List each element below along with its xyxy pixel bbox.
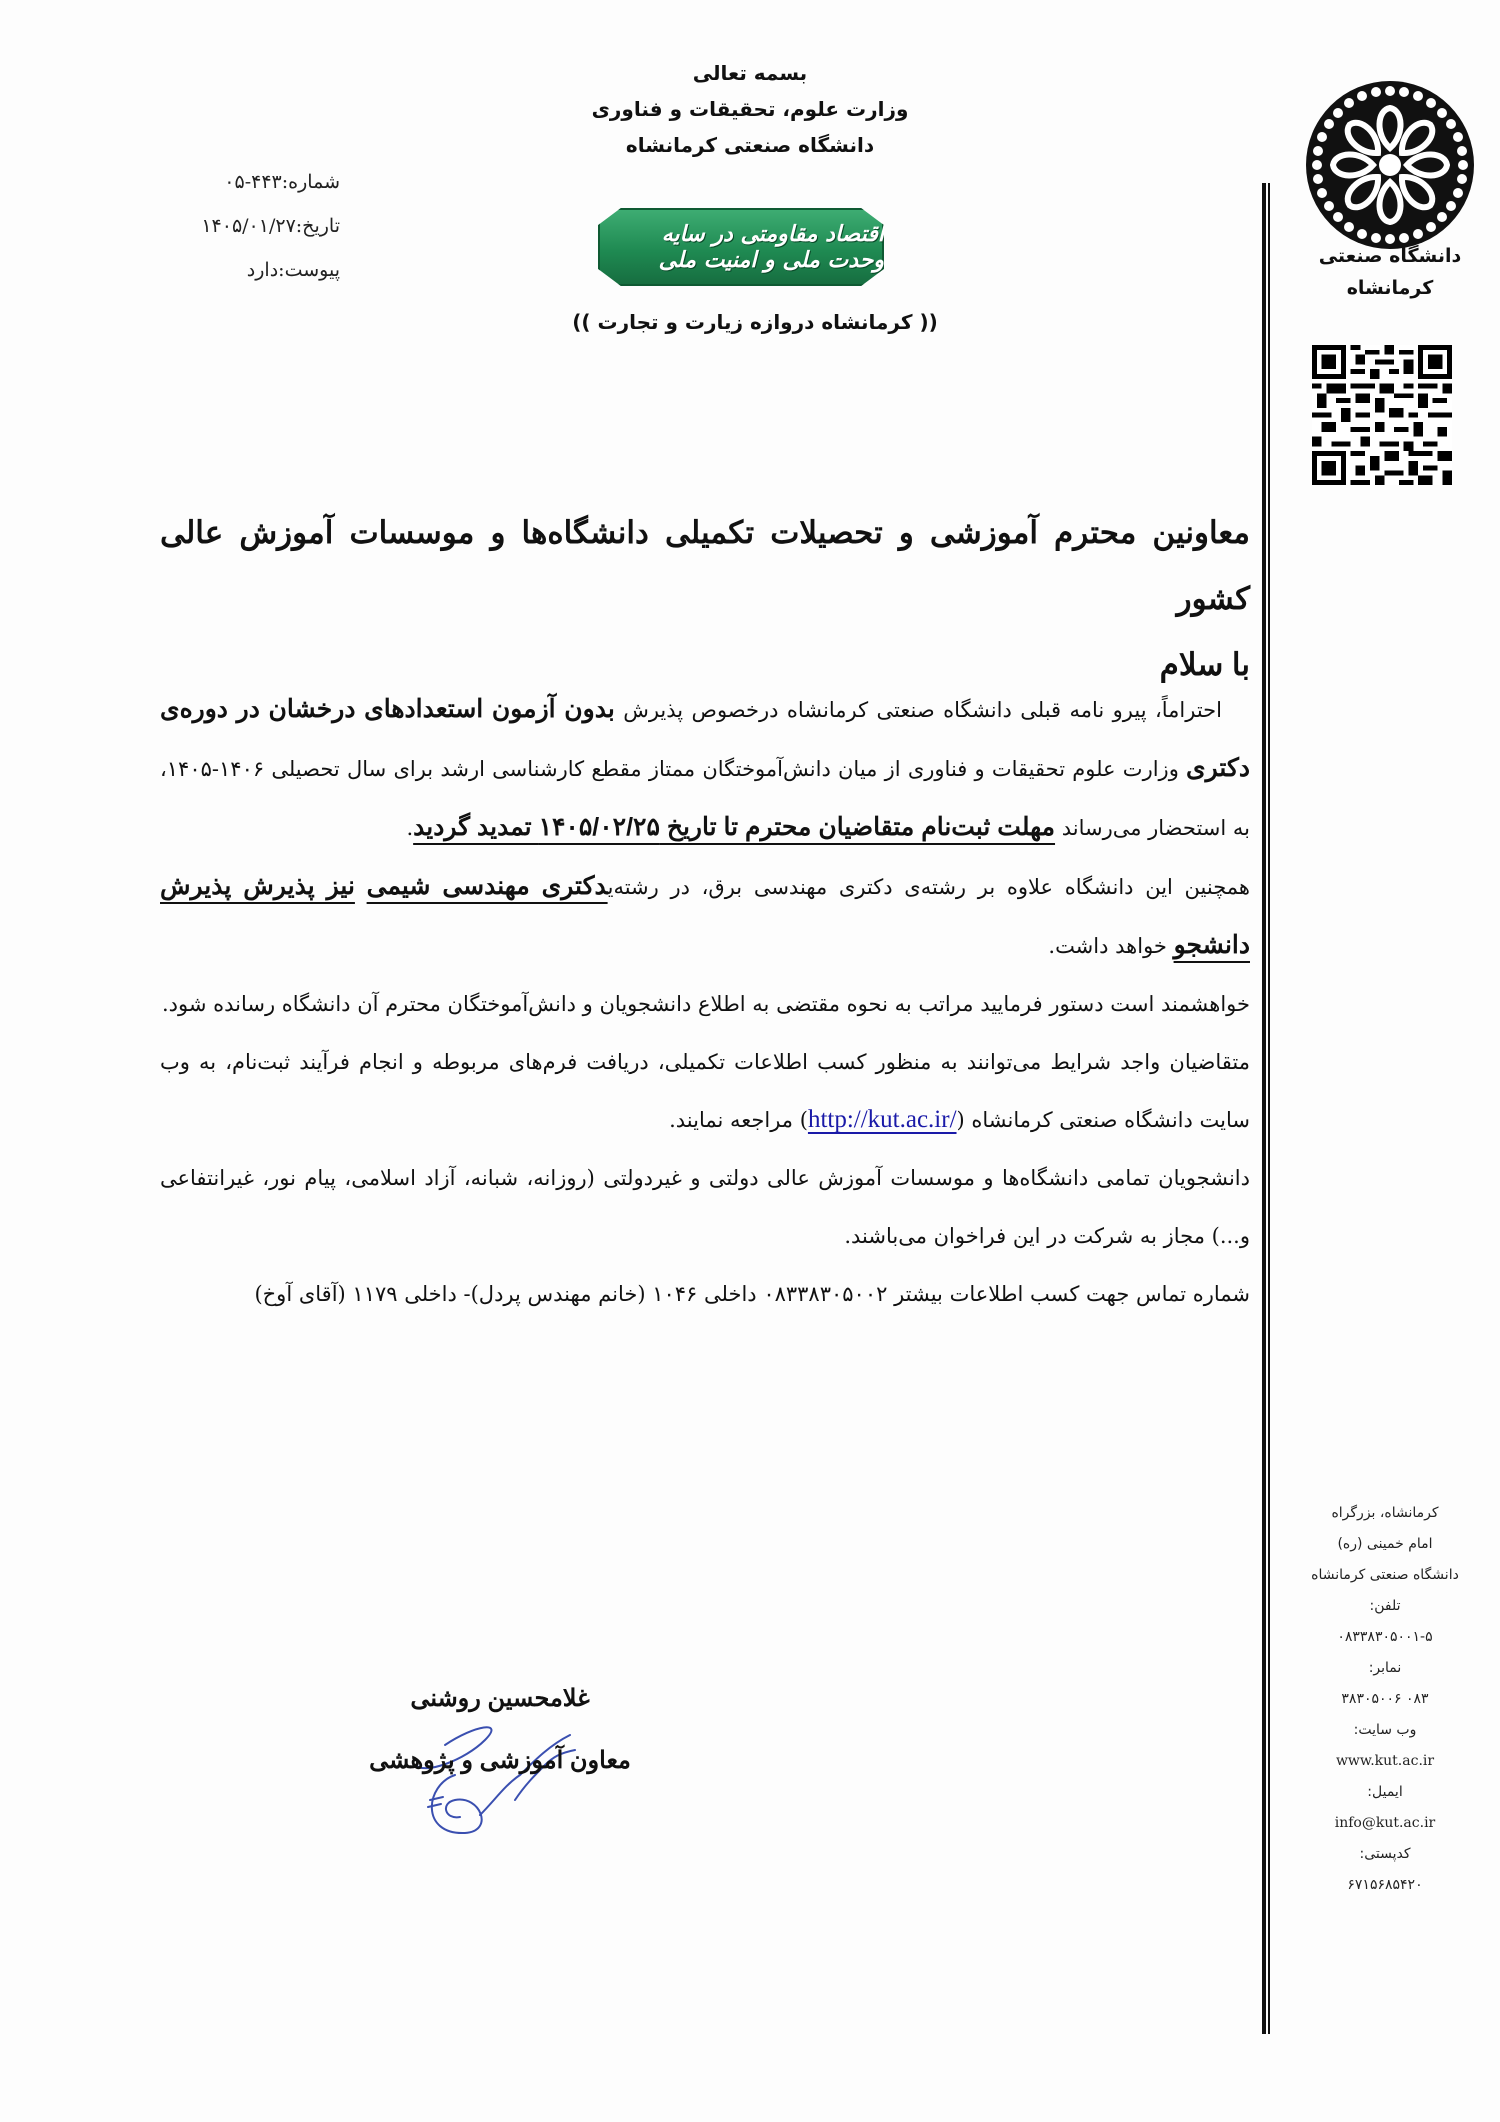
- letter-number: شماره:۴۴۳-۰۵: [140, 160, 340, 204]
- paragraph-6: شماره تماس جهت کسب اطلاعات بیشتر ۰۸۳۳۸۳۰…: [160, 1265, 1250, 1323]
- phone-value: ۰۸۳۳۸۳۰۵۰۰۱-۵: [1285, 1622, 1485, 1653]
- signatory-title: معاون آموزشی و پژوهشی: [330, 1730, 670, 1792]
- slogan-text: اقتصاد مقاومتی در سایه وحدت ملی و امنیت …: [598, 221, 884, 273]
- addressee-block: معاونین محترم آموزشی و تحصیلات تکمیلی دا…: [160, 500, 1250, 698]
- fax-value: ۰۸۳ ۳۸۳۰۵۰۰۶: [1285, 1684, 1485, 1715]
- ministry-name: وزارت علوم، تحقیقات و فناوری: [540, 91, 960, 127]
- p2-text: همچنین این دانشگاه علاوه بر رشته‌ی دکتری…: [608, 875, 1250, 899]
- signatory-name: غلامحسین روشنی: [330, 1668, 670, 1730]
- city-motto: (( کرمانشاه دروازه زیارت و تجارت )): [555, 310, 955, 334]
- address-line1: کرمانشاه، بزرگراه: [1285, 1498, 1485, 1529]
- address-line2: امام خمینی (ره): [1285, 1529, 1485, 1560]
- page-divider: [1262, 183, 1270, 2034]
- postal-code: ۶۷۱۵۶۸۵۴۲۰: [1285, 1870, 1485, 1901]
- paragraph-3: خواهشمند است دستور فرمایید مراتب به نحوه…: [160, 975, 1250, 1033]
- phone-label: تلفن:: [1285, 1591, 1485, 1622]
- letter-date: تاریخ:۱۴۰۵/۰۱/۲۷: [140, 204, 340, 248]
- logo-caption: دانشگاه صنعتی کرمانشاه: [1285, 240, 1495, 304]
- letter-page: بسمه تعالی وزارت علوم، تحقیقات و فناوری …: [0, 0, 1500, 2122]
- paragraph-1: احتراماً، پیرو نامه قبلی دانشگاه صنعتی ک…: [160, 680, 1250, 857]
- p1-text: احتراماً، پیرو نامه قبلی دانشگاه صنعتی ک…: [615, 698, 1222, 722]
- kut-website-link[interactable]: http://kut.ac.ir/: [808, 1091, 957, 1149]
- logo-caption-line2: کرمانشاه: [1285, 272, 1495, 304]
- email-label: ایمیل:: [1285, 1777, 1485, 1808]
- fax-label: نمابر:: [1285, 1653, 1485, 1684]
- postal-label: کدپستی:: [1285, 1839, 1485, 1870]
- slogan-banner: اقتصاد مقاومتی در سایه وحدت ملی و امنیت …: [598, 208, 884, 286]
- website-label: وب سایت:: [1285, 1715, 1485, 1746]
- addressee: معاونین محترم آموزشی و تحصیلات تکمیلی دا…: [160, 500, 1250, 632]
- website-link[interactable]: www.kut.ac.ir: [1285, 1746, 1485, 1777]
- paragraph-5: دانشجویان تمامی دانشگاه‌ها و موسسات آموز…: [160, 1149, 1250, 1265]
- invocation: بسمه تعالی: [540, 55, 960, 91]
- logo-caption-line1: دانشگاه صنعتی: [1285, 240, 1495, 272]
- paragraph-2: همچنین این دانشگاه علاوه بر رشته‌ی دکتری…: [160, 857, 1250, 975]
- address-line3: دانشگاه صنعتی کرمانشاه: [1285, 1560, 1485, 1591]
- letter-meta: شماره:۴۴۳-۰۵ تاریخ:۱۴۰۵/۰۱/۲۷ پیوست:دارد: [140, 160, 340, 292]
- p2-text-2: خواهد داشت.: [1048, 934, 1173, 958]
- letterhead: بسمه تعالی وزارت علوم، تحقیقات و فناوری …: [540, 55, 960, 163]
- p2-space: [355, 875, 367, 899]
- p2-chem-eng-phd: دکتری مهندسی شیمی: [367, 872, 608, 900]
- signature-block: غلامحسین روشنی معاون آموزشی و پژوهشی: [330, 1668, 670, 1792]
- p4-text-2: ) مراجعه نمایند.: [669, 1108, 808, 1132]
- email-link[interactable]: info@kut.ac.ir: [1285, 1808, 1485, 1839]
- paragraph-4: متقاضیان واجد شرایط می‌توانند به منظور ک…: [160, 1033, 1250, 1149]
- kut-logo-icon: [1305, 80, 1475, 250]
- letter-body: احتراماً، پیرو نامه قبلی دانشگاه صنعتی ک…: [160, 680, 1250, 1323]
- university-name: دانشگاه صنعتی کرمانشاه: [540, 127, 960, 163]
- p1-deadline-extension: مهلت ثبت‌نام متقاضیان محترم تا تاریخ ۱۴۰…: [413, 813, 1055, 841]
- contact-info: کرمانشاه، بزرگراه امام خمینی (ره) دانشگا…: [1285, 1498, 1485, 1901]
- qr-code-icon: [1312, 345, 1452, 485]
- letter-attachment: پیوست:دارد: [140, 248, 340, 292]
